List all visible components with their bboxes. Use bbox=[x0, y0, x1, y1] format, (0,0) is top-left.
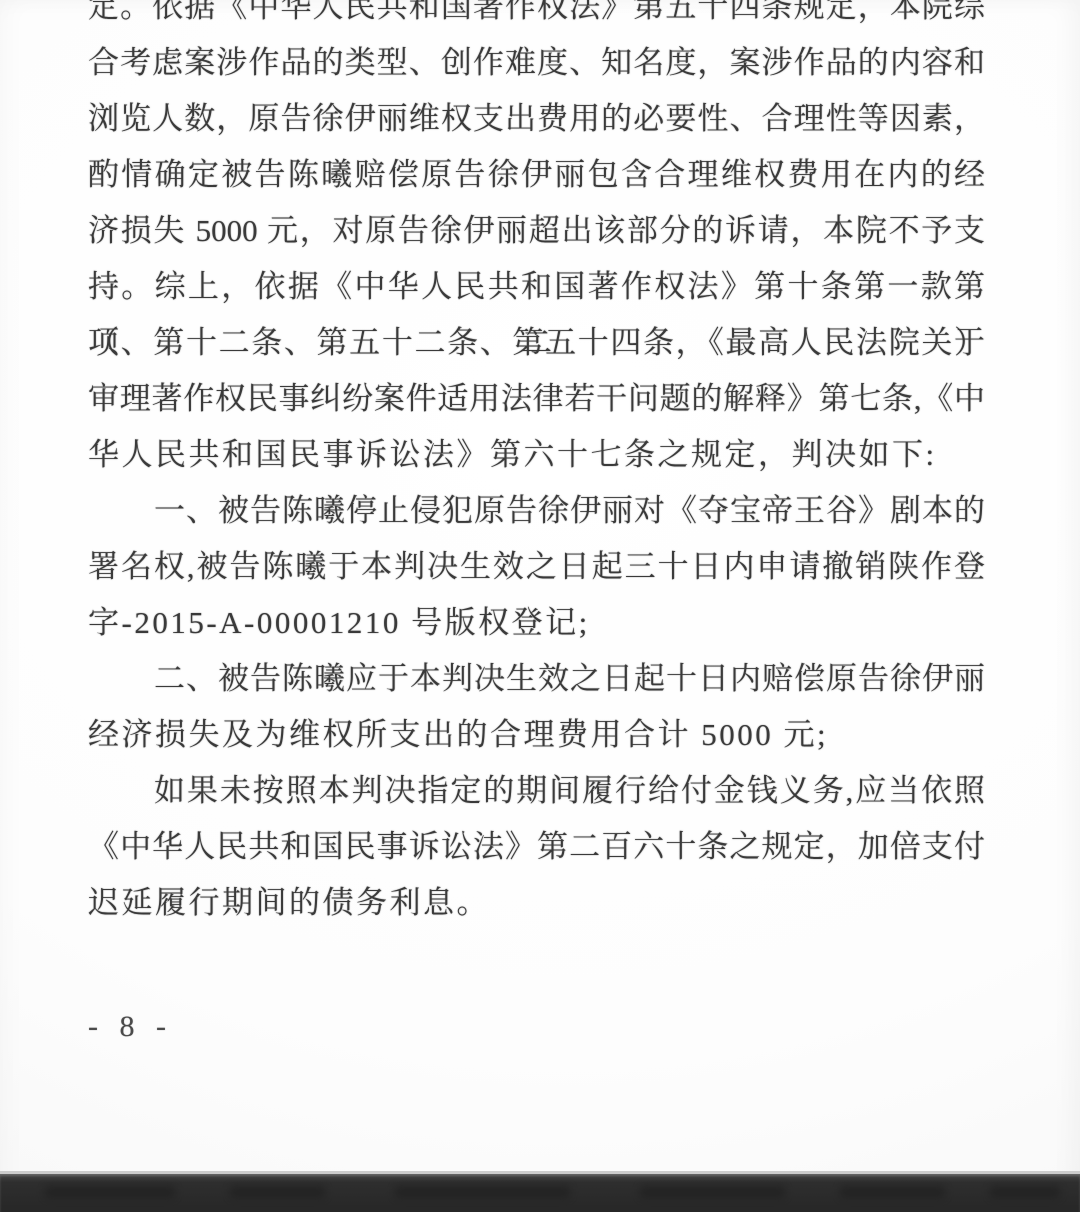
dimmed-text-smudge bbox=[395, 1186, 570, 1198]
judgment-text-line: 持。综上，依据《中华人民共和国著作权法》第十条第一款第（二） bbox=[88, 259, 985, 315]
judgment-text-line: 合考虑案涉作品的类型、创作难度、知名度，案涉作品的内容和 bbox=[88, 35, 985, 91]
dimmed-text-smudge bbox=[640, 1186, 785, 1198]
judgment-text-line: 审理著作权民事纠纷案件适用法律若干问题的解释》第七条,《中 bbox=[88, 371, 985, 427]
judgment-text-line: 项、第十二条、第五十二条、第五十四条，《最高人民法院关于 bbox=[88, 315, 985, 371]
judgment-text-line: 《中华人民共和国民事诉讼法》第二百六十条之规定，加倍支付 bbox=[88, 819, 985, 875]
judgment-text-line: 定。依据《中华人民共和国著作权法》第五十四条规定，本院综 bbox=[88, 0, 985, 35]
late-payment-clause-line: 如果未按照本判决指定的期间履行给付金钱义务,应当依照 bbox=[88, 763, 985, 819]
judgment-text-line: 迟延履行期间的债务利息。 bbox=[88, 875, 985, 931]
dimmed-text-smudge bbox=[230, 1186, 325, 1198]
judgment-text-line: 华人民共和国民事诉讼法》第六十七条之规定，判决如下: bbox=[88, 427, 985, 483]
court-judgment-page: 定。依据《中华人民共和国著作权法》第五十四条规定，本院综 合考虑案涉作品的类型、… bbox=[0, 0, 1080, 1212]
copyright-registration-number-line: 字-2015-A-00001210 号版权登记; bbox=[88, 595, 985, 651]
judgment-item-two-line: 二、被告陈曦应于本判决生效之日起十日内赔偿原告徐伊丽 bbox=[88, 651, 985, 707]
next-page-dim-strip bbox=[0, 1171, 1080, 1212]
judgment-text-line: 经济损失及为维权所支出的合理费用合计 5000 元; bbox=[88, 707, 985, 763]
judgment-text-line: 署名权,被告陈曦于本判决生效之日起三十日内申请撤销陕作登 bbox=[88, 539, 985, 595]
page-number: - 8 - bbox=[88, 1003, 173, 1051]
judgment-text-line: 济损失 5000 元，对原告徐伊丽超出该部分的诉请，本院不予支 bbox=[88, 203, 985, 259]
judgment-body: 定。依据《中华人民共和国著作权法》第五十四条规定，本院综 合考虑案涉作品的类型、… bbox=[88, 0, 985, 931]
dimmed-text-smudge bbox=[990, 1186, 1060, 1198]
dimmed-text-smudge bbox=[45, 1186, 175, 1198]
judgment-item-one-line: 一、被告陈曦停止侵犯原告徐伊丽对《夺宝帝王谷》剧本的 bbox=[88, 483, 985, 539]
judgment-text-line: 浏览人数，原告徐伊丽维权支出费用的必要性、合理性等因素， bbox=[88, 91, 985, 147]
dimmed-text-smudge bbox=[840, 1186, 945, 1198]
judgment-text-line: 酌情确定被告陈曦赔偿原告徐伊丽包含合理维权费用在内的经 bbox=[88, 147, 985, 203]
